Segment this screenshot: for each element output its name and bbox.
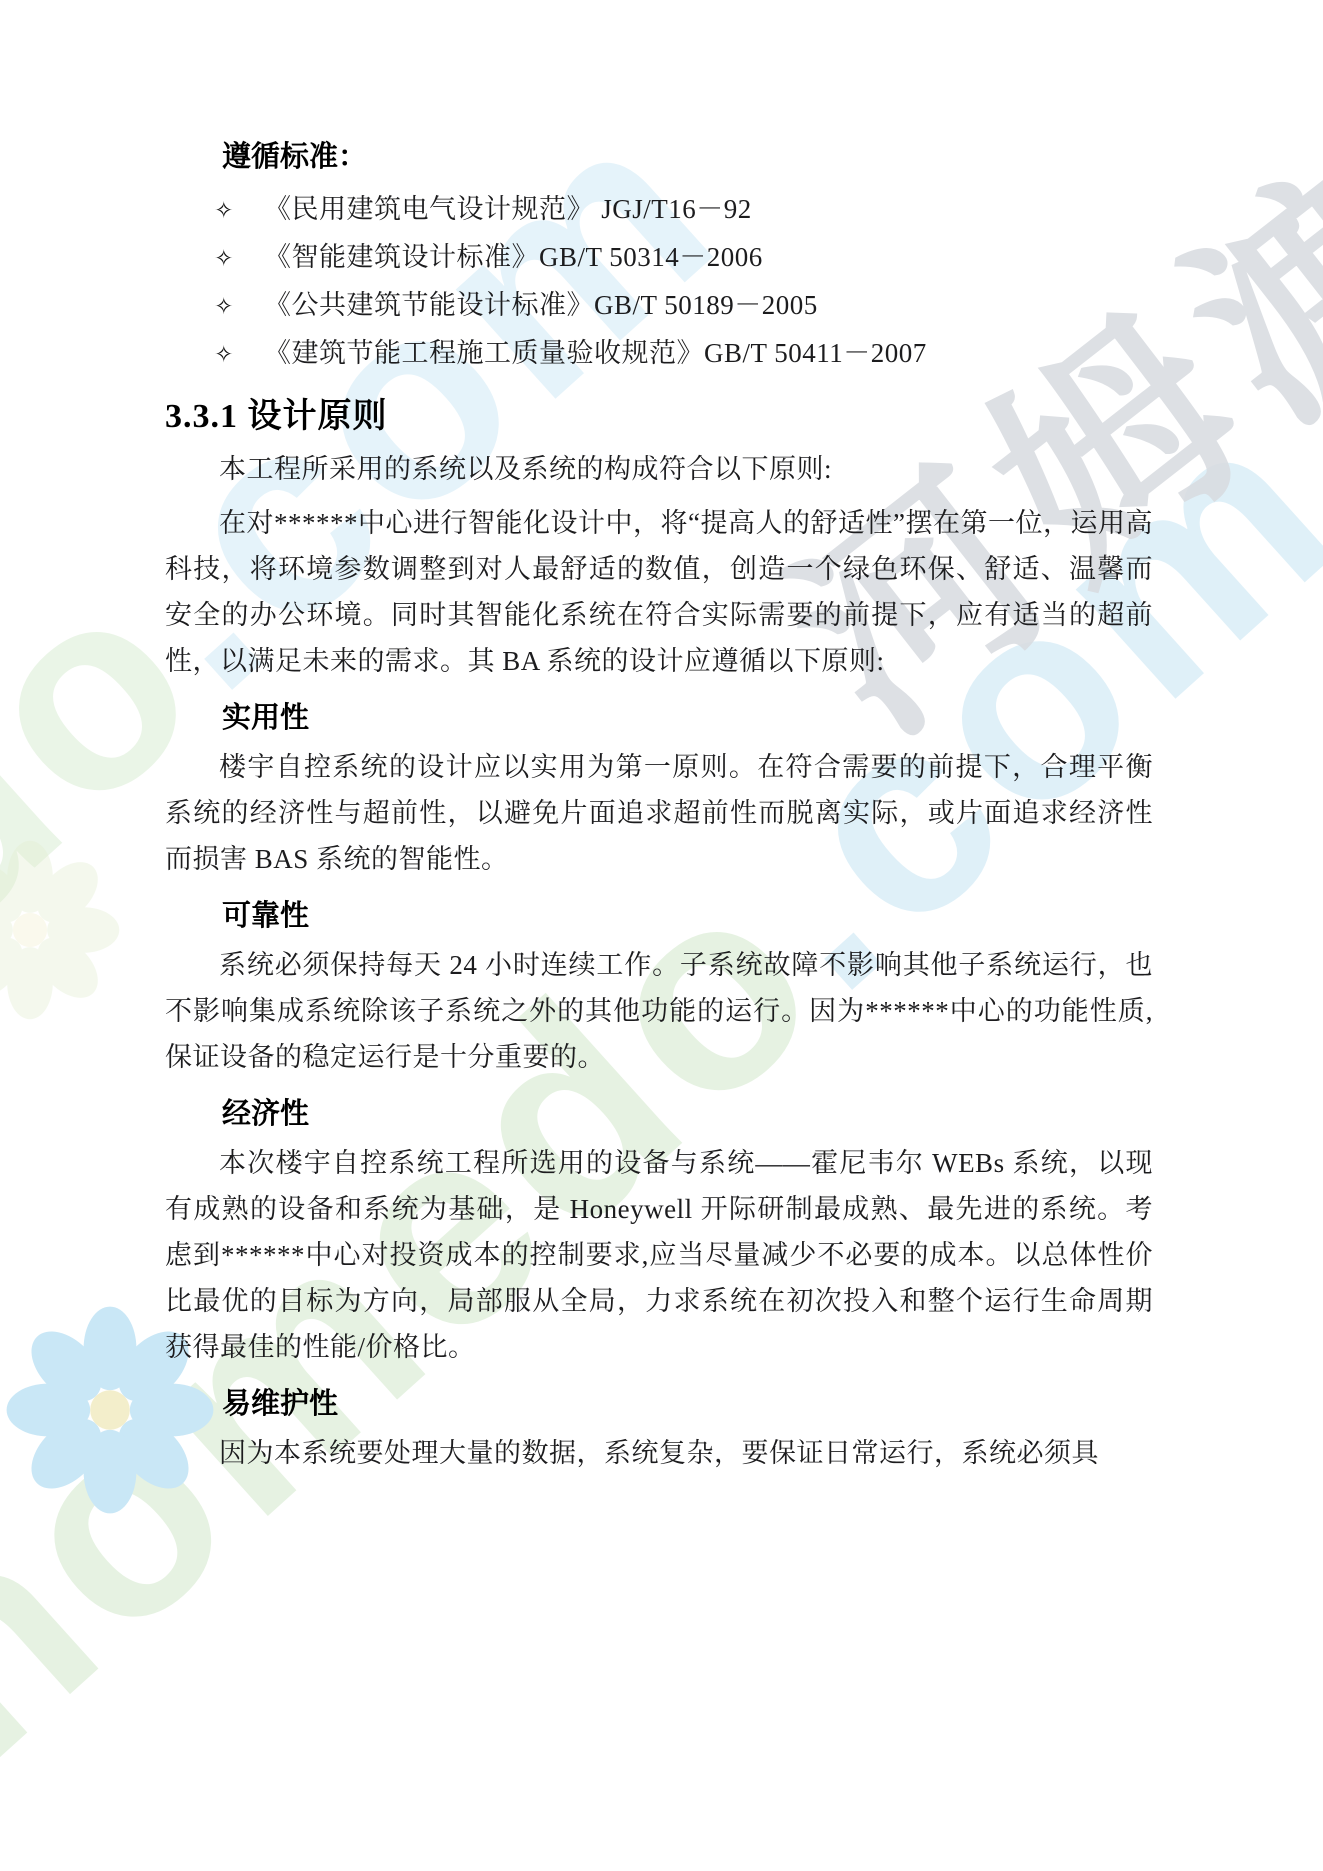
standards-heading: 遵循标准：	[222, 140, 1153, 174]
diamond-bullet-icon: ✧	[210, 188, 238, 234]
standards-item: ✧ 《建筑节能工程施工质量验收规范》GB/T 50411－2007	[165, 330, 1153, 378]
principle-body-maintainability: 因为本系统要处理大量的数据，系统复杂，要保证日常运行，系统必须具	[165, 1430, 1153, 1476]
standard-text: 《智能建筑设计标准》GB/T 50314－2006	[264, 234, 763, 280]
principle-title-reliability: 可靠性	[222, 898, 1153, 934]
document-content: 遵循标准： ✧ 《民用建筑电气设计规范》 JGJ/T16－92 ✧ 《智能建筑设…	[165, 140, 1153, 1484]
diamond-bullet-icon: ✧	[210, 332, 238, 378]
diamond-bullet-icon: ✧	[210, 236, 238, 282]
homedo-flower-logo-faint	[0, 835, 125, 1025]
standard-text: 《公共建筑节能设计标准》GB/T 50189－2005	[264, 282, 818, 328]
standards-list: ✧ 《民用建筑电气设计规范》 JGJ/T16－92 ✧ 《智能建筑设计标准》GB…	[165, 186, 1153, 378]
standards-item: ✧ 《民用建筑电气设计规范》 JGJ/T16－92	[165, 186, 1153, 234]
standards-item: ✧ 《智能建筑设计标准》GB/T 50314－2006	[165, 234, 1153, 282]
principle-body-reliability: 系统必须保持每天 24 小时连续工作。子系统故障不影响其他子系统运行，也不影响集…	[165, 942, 1153, 1080]
document-page: homedo.com homedo.com 河姆渡	[0, 0, 1323, 1871]
standards-item: ✧ 《公共建筑节能设计标准》GB/T 50189－2005	[165, 282, 1153, 330]
principle-title-economy: 经济性	[222, 1096, 1153, 1132]
diamond-bullet-icon: ✧	[210, 284, 238, 330]
principle-title-maintainability: 易维护性	[222, 1386, 1153, 1422]
intro-paragraph: 本工程所采用的系统以及系统的构成符合以下原则:	[165, 446, 1153, 492]
intro-paragraph-2: 在对******中心进行智能化设计中，将“提高人的舒适性”摆在第一位，运用高科技…	[165, 500, 1153, 684]
standard-text: 《建筑节能工程施工质量验收规范》GB/T 50411－2007	[264, 330, 927, 376]
principle-body-practicality: 楼宇自控系统的设计应以实用为第一原则。在符合需要的前提下，合理平衡系统的经济性与…	[165, 744, 1153, 882]
standard-text: 《民用建筑电气设计规范》 JGJ/T16－92	[264, 186, 752, 232]
section-heading: 3.3.1 设计原则	[165, 396, 1153, 438]
principle-body-economy: 本次楼宇自控系统工程所选用的设备与系统——霍尼韦尔 WEBs 系统，以现有成熟的…	[165, 1140, 1153, 1370]
principle-title-practicality: 实用性	[222, 700, 1153, 736]
